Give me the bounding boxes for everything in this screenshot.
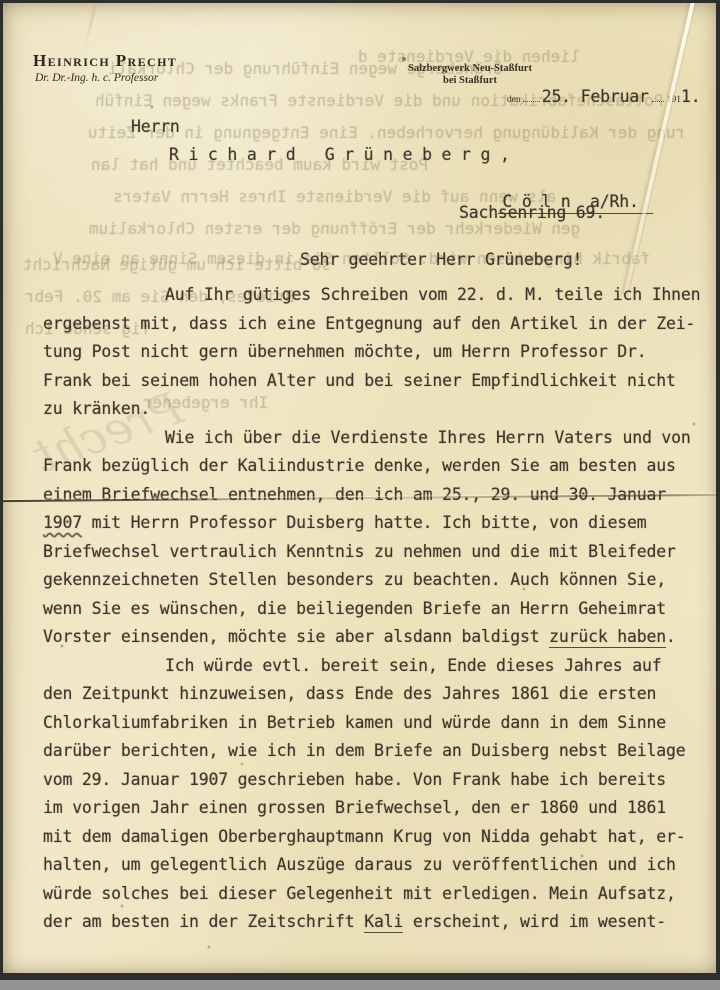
letter-line: 1907 mit Herrn Professor Duisberg hatte.… <box>43 509 715 538</box>
letter-body: Auf Ihr gütiges Schreiben vom 22. d. M. … <box>43 281 715 937</box>
typed-text: tung Post nicht gern übernehmen möchte, … <box>43 342 647 361</box>
dotted-leader <box>652 87 664 102</box>
date-year-typed: 1. <box>681 87 700 106</box>
letter-line: Ich würde evtl. bereit sein, Ende dieses… <box>43 652 715 681</box>
letter-line: Frank bei seinem hohen Alter und bei sei… <box>43 367 715 396</box>
letter-line: darüber berichten, wie ich in dem Briefe… <box>43 737 715 766</box>
dotted-leader <box>523 87 540 102</box>
typed-text: Frank bezüglich der Kaliindustrie denke,… <box>43 456 676 475</box>
typed-text: Briefwechsel vertraulich Kenntnis zu neh… <box>43 542 676 561</box>
letter-line: Wie ich über die Verdienste Ihres Herrn … <box>43 424 715 453</box>
letter-line: tung Post nicht gern übernehmen möchte, … <box>43 338 715 367</box>
typed-text: zu kränken. <box>43 399 150 418</box>
letter-line: ergebenst mit, dass ich eine Entgegnung … <box>43 310 715 339</box>
sender-name: Heinrich Precht <box>33 51 177 71</box>
typed-text: den Zeitpunkt hinzuweisen, dass Ende des… <box>43 684 656 703</box>
letter-line: Auf Ihr gütiges Schreiben vom 22. d. M. … <box>43 281 715 310</box>
typed-text: Frank bei seinem hohen Alter und bei sei… <box>43 371 676 390</box>
typed-text: mit Herrn Professor Duisberg hatte. Ich … <box>82 513 647 532</box>
recipient-street: Sachsenring 69. <box>459 203 605 222</box>
typed-text: ergebenst mit, dass ich eine Entgegnung … <box>43 314 695 333</box>
letter-line: gekennzeichneten Stellen besonders zu be… <box>43 566 715 595</box>
top-left-crease <box>82 3 98 53</box>
company-line-1: Salzbergwerk Neu-Staßfurt <box>395 63 545 75</box>
typed-text: Wie ich über die Verdienste Ihres Herrn … <box>165 428 691 447</box>
typed-text: im vorigen Jahr einen grossen Briefwechs… <box>43 798 666 817</box>
typed-text: Auf Ihr gütiges Schreiben vom 22. d. M. … <box>165 285 700 304</box>
typed-text: . <box>666 627 676 646</box>
typed-text: wenn Sie es wünschen, die beiliegenden B… <box>43 599 666 618</box>
recipient-herrn: Herrn <box>131 117 180 136</box>
bleedthrough-line: so bitte ich um gütige Nachricht <box>23 255 331 274</box>
typed-text: mit dem damaligen Oberberghauptmann Krug… <box>43 827 685 846</box>
corner-fold-crease <box>623 3 697 296</box>
letter-line: den Zeitpunkt hinzuweisen, dass Ende des… <box>43 680 715 709</box>
paper-specks <box>3 3 5 5</box>
typed-text: gekennzeichneten Stellen besonders zu be… <box>43 570 666 589</box>
letter-line: vom 29. Januar 1907 geschrieben habe. Vo… <box>43 766 715 795</box>
underlined-text: zurück haben <box>549 627 666 648</box>
typed-text: Chlorkaliumfabriken in Betrieb kamen und… <box>43 713 666 732</box>
typed-text: darüber berichten, wie ich in dem Briefe… <box>43 741 685 760</box>
typed-text: Ich würde evtl. bereit sein, Ende dieses… <box>165 656 661 675</box>
underlined-text: 1907 <box>43 513 82 532</box>
company-address: Salzbergwerk Neu-Staßfurt bei Staßfurt <box>395 63 545 87</box>
scanned-letter: liehen die Verdienste dGrüneberge wegen … <box>0 0 720 990</box>
letter-line: der am besten in der Zeitschrift Kali er… <box>43 908 715 937</box>
typed-text: würde solches bei dieser Gelegenheit mit… <box>43 884 676 903</box>
typed-text: Vorster einsenden, möchte sie aber alsda… <box>43 627 549 646</box>
letter-line: Chlorkaliumfabriken in Betrieb kamen und… <box>43 709 715 738</box>
typed-text: der am besten in der Zeitschrift <box>43 912 364 931</box>
underlined-text: Kali <box>364 912 403 933</box>
letter-line: würde solches bei dieser Gelegenheit mit… <box>43 880 715 909</box>
letter-line: zu kränken. <box>43 395 715 424</box>
letter-line: mit dem damaligen Oberberghauptmann Krug… <box>43 823 715 852</box>
letter-line: Vorster einsenden, möchte sie aber alsda… <box>43 623 715 652</box>
letter-page: liehen die Verdienste dGrüneberge wegen … <box>3 3 716 973</box>
letter-line: Frank bezüglich der Kaliindustrie denke,… <box>43 452 715 481</box>
sender-title: Dr. Dr.-Ing. h. c. Professor <box>35 72 158 84</box>
letter-line: im vorigen Jahr einen grossen Briefwechs… <box>43 794 715 823</box>
letter-line: wenn Sie es wünschen, die beiliegenden B… <box>43 595 715 624</box>
date-prefix: den <box>507 95 521 105</box>
typed-text: erscheint, wird im wesent- <box>403 912 666 931</box>
letter-line: Briefwechsel vertraulich Kenntnis zu neh… <box>43 538 715 567</box>
typed-text: vom 29. Januar 1907 geschrieben habe. Vo… <box>43 770 666 789</box>
letter-line: halten, um gelegentlich Auszüge daraus z… <box>43 851 715 880</box>
scan-background-strip <box>0 980 720 990</box>
typed-text: halten, um gelegentlich Auszüge daraus z… <box>43 855 676 874</box>
salutation: Sehr geehrter Herr Grüneberg! <box>300 250 582 269</box>
date-typed: 25. Februar <box>542 87 649 106</box>
company-line-2: bei Staßfurt <box>395 75 545 87</box>
recipient-name: R i c h a r d G r ü n e b e r g , <box>169 145 510 164</box>
